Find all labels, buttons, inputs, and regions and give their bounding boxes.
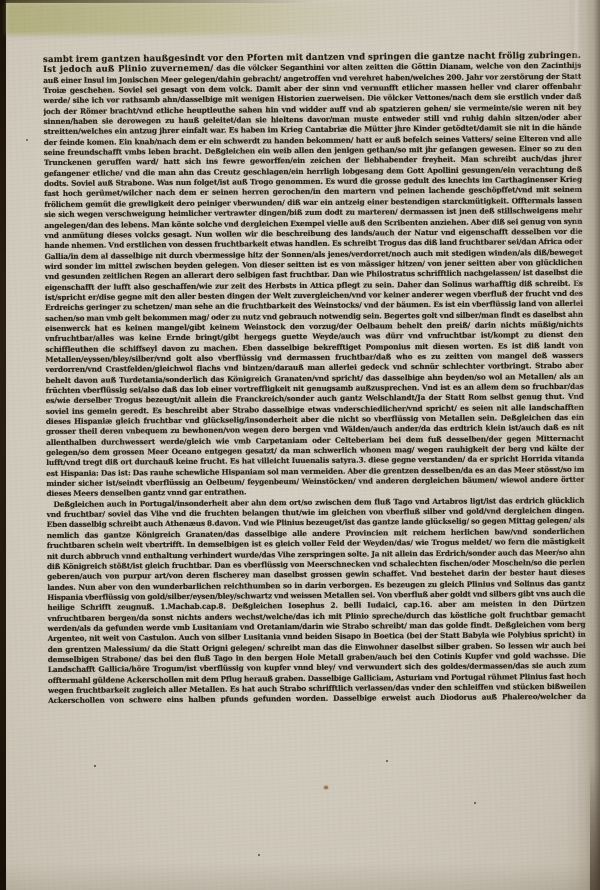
page: sambt irem gantzen haußgesindt vor den P… — [6, 0, 600, 890]
paragraph-1-text: das die völcker Seganthini vor alten zei… — [43, 61, 584, 498]
page-curl-shadow — [566, 0, 600, 890]
paragraph-1: sambt irem gantzen haußgesindt vor den P… — [43, 51, 584, 500]
paragraph-2: Deßgleichen auch in Portugal/insonderhei… — [46, 496, 586, 707]
foxing-spot — [258, 854, 260, 856]
foxing-spot — [474, 802, 476, 804]
book-scan: sambt irem gantzen haußgesindt vor den P… — [0, 0, 600, 890]
foxing-spot — [324, 786, 328, 789]
foxing-spot — [26, 139, 28, 141]
foxing-spot — [386, 760, 388, 762]
text-block: sambt irem gantzen haußgesindt vor den P… — [43, 51, 586, 707]
bottom-vignette — [6, 862, 600, 890]
foxing-spot — [94, 765, 96, 767]
